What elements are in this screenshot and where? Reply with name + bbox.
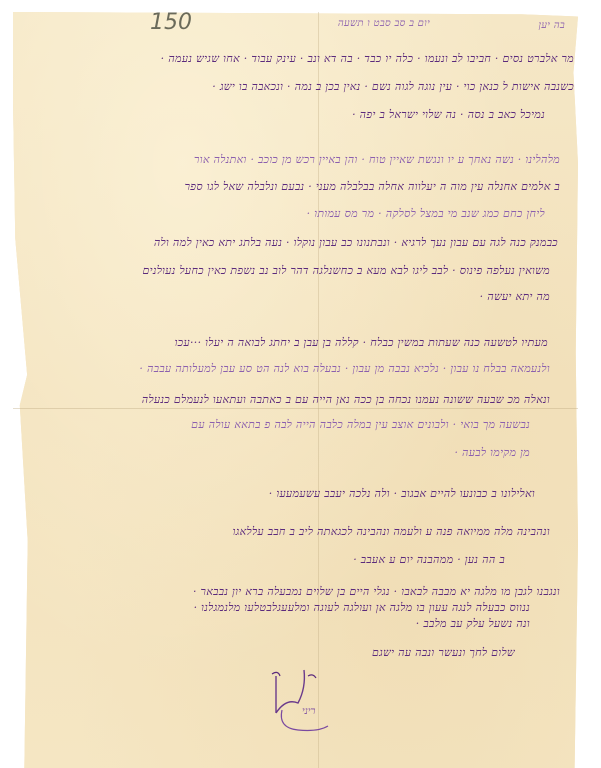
letter-line-3: נמיכל כאב ב נסה · נה שלוי ישראל ב יפה · bbox=[300, 108, 545, 121]
letter-line-14: מן מקימו לבעה · bbox=[420, 446, 530, 459]
signature: ריני bbox=[268, 668, 358, 738]
letter-line-1: מר אלברט נסים · חביבו לב ונעמו · כלה יו … bbox=[34, 52, 574, 65]
letter-line-18: ונגבנו לגבן מו מלגה יא מבבה לבאבו · נגלי… bbox=[40, 585, 560, 598]
letter-line-20: ונה נשעל עלק עב מלבב · bbox=[340, 617, 530, 630]
header-place: בה יען bbox=[500, 20, 565, 31]
letter-line-5: ב אלמים אחנלה עין מוה ה יעלווה אחלה בבלב… bbox=[30, 180, 560, 193]
letter-line-10: מעתיו לטשעה כנה שעתות במשין כבלח · קללה … bbox=[48, 336, 548, 349]
letter-line-13: נבשעה מך בואי · ולבונים אוצב עין במלה כל… bbox=[45, 418, 530, 431]
letter-line-6: ליחן כחם כמג שנב מי במצל לסלקה · מר מס ע… bbox=[225, 207, 545, 220]
archive-number: 150 bbox=[150, 10, 192, 35]
letter-line-4: מלהלינו · נשה נאחך ע יו ונגשת שאיין טוח … bbox=[30, 153, 560, 166]
signature-text: ריני bbox=[302, 706, 315, 717]
letter-line-17: ב הה נען · ממהבנה יום ע אעבב · bbox=[320, 553, 505, 566]
letter-line-15: ואלילונו ב כבונעו להיים אבגוב · ולה נלכה… bbox=[180, 487, 535, 500]
letter-line-2: כשנבה אישות ל כנאן כוי · עין נוגה לגוה נ… bbox=[34, 80, 574, 93]
header-date: יום ב סב סבט ו תשעה bbox=[230, 18, 430, 29]
letter-line-19: ננווס כבעלה לנגה עעון בו מלגה אן ועולגה … bbox=[75, 601, 530, 614]
letter-line-9: מה יתא יעשה · bbox=[440, 290, 550, 303]
horizontal-fold-line bbox=[13, 408, 578, 409]
letter-line-11: ולנעמאה בבלח נו עבון · נלכיא נבבה מן עבו… bbox=[45, 362, 550, 375]
vertical-fold-line bbox=[318, 12, 319, 768]
letter-closing: שלום לחך ונעשר ונבה עה ישגם bbox=[335, 646, 515, 659]
letter-line-12: ונאלה מכ שבעה ששונה נעמנו נכחה בן ככה נא… bbox=[45, 393, 550, 406]
letter-line-16: ונהבינה מלה ממיואה פנה ע ולעמה ונהבינה ל… bbox=[50, 525, 550, 538]
letter-line-8: משואין נעלפה פינוס · לבב ליגו לבא מעא ב … bbox=[40, 264, 550, 277]
signature-flourish-icon bbox=[268, 668, 358, 738]
letter-line-7: כבמנק כנה לגה עם עבון נעך לרגיא · ונבתנו… bbox=[28, 236, 558, 249]
